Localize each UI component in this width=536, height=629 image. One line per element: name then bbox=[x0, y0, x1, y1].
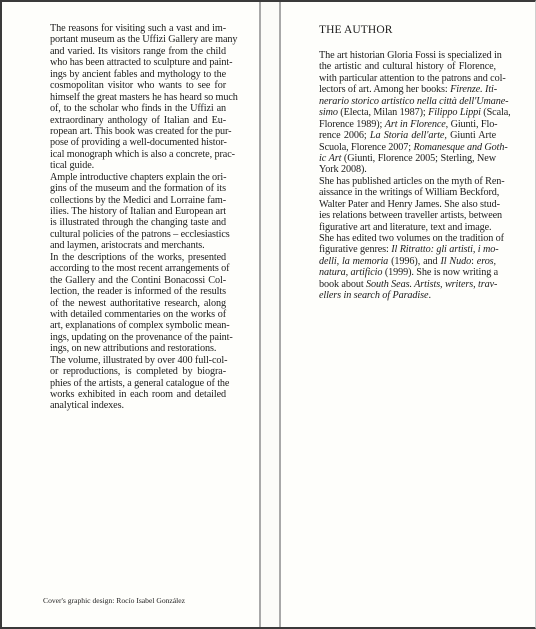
text-line: extraordinary anthology of Italian and E… bbox=[50, 115, 226, 126]
text-line: ings, on new attributions and restoratio… bbox=[50, 343, 226, 354]
text-line: aissance in the writings of William Beck… bbox=[319, 187, 496, 198]
italic-title: South Seas. Artists, writers, trav- bbox=[366, 279, 497, 290]
text-run: . bbox=[428, 290, 430, 301]
text-run: She has edited two volumes on the tradit… bbox=[319, 233, 504, 244]
text-run: (1999). She is now writing a bbox=[382, 267, 498, 278]
text-line: art, explanations of complex symbolic me… bbox=[50, 320, 226, 331]
cover-design-credit: Cover's graphic design: Rocío Isabel Gon… bbox=[43, 596, 185, 605]
text-line: and laymen, aristocrats and merchants. bbox=[50, 240, 226, 251]
text-line: phies of the artists, a general catalogu… bbox=[50, 378, 226, 389]
italic-title: La Storia dell'arte, bbox=[370, 130, 447, 141]
text-line: analytical indexes. bbox=[50, 400, 226, 411]
spine-gap bbox=[261, 2, 279, 627]
text-run: rence 2006; bbox=[319, 130, 370, 141]
text-run: (Giunti, Florence 2005; Sterling, New bbox=[341, 153, 496, 164]
text-run: figurative genres: bbox=[319, 244, 391, 255]
italic-title: Il Nudo bbox=[440, 256, 471, 267]
text-run: (1996), and bbox=[388, 256, 440, 267]
paragraph: She has edited two volumes on the tradit… bbox=[319, 233, 496, 302]
text-line: of, to the scholar who finds in the Uffi… bbox=[50, 103, 226, 114]
paragraph: She has published articles on the myth o… bbox=[319, 176, 496, 233]
text-line: with particular attention to the patrons… bbox=[319, 73, 496, 84]
text-line: York 2008). bbox=[319, 164, 496, 175]
text-line: or reproductions, is completed by biogra… bbox=[50, 366, 226, 377]
text-run: aissance in the writings of William Beck… bbox=[319, 187, 499, 198]
text-line: portant museum as the Uffizi Gallery are… bbox=[50, 34, 226, 45]
text-run: lectors of art. Among her books: bbox=[319, 84, 450, 95]
text-run: the artistic and cultural history of Flo… bbox=[319, 61, 496, 72]
text-line: ellers in search of Paradise. bbox=[319, 290, 496, 301]
text-line: Walter Pater and Henry James. She also s… bbox=[319, 199, 496, 210]
text-line: gins of the museum and the formation of … bbox=[50, 183, 226, 194]
text-line: She has edited two volumes on the tradit… bbox=[319, 233, 496, 244]
text-line: ings by ancient fables and mythology to … bbox=[50, 69, 226, 80]
text-line: ic Art (Giunti, Florence 2005; Sterling,… bbox=[319, 153, 496, 164]
text-run: figurative art and literature, text and … bbox=[319, 222, 491, 233]
text-run: book about bbox=[319, 279, 366, 290]
text-run: with particular attention to the patrons… bbox=[319, 73, 506, 84]
text-run: Florence 1989); bbox=[319, 119, 385, 130]
text-line: according to the most recent arrangement… bbox=[50, 263, 226, 274]
text-line: simo (Electa, Milan 1987); Filippo Lippi… bbox=[319, 107, 496, 118]
paragraph: The volume, illustrated by over 400 full… bbox=[50, 355, 226, 412]
text-line: rence 2006; La Storia dell'arte, Giunti … bbox=[319, 130, 496, 141]
text-line: who has been attracted to sculpture and … bbox=[50, 57, 226, 68]
text-line: of the newest authoritative research, al… bbox=[50, 298, 226, 309]
text-line: In the descriptions of the works, presen… bbox=[50, 252, 226, 263]
author-bio-column: The art historian Gloria Fossi is specia… bbox=[319, 50, 496, 302]
paragraph: The reasons for visiting such a vast and… bbox=[50, 23, 226, 172]
text-line: book about South Seas. Artists, writers,… bbox=[319, 279, 496, 290]
paragraph: In the descriptions of the works, presen… bbox=[50, 252, 226, 355]
text-line: nerario storico artistico nella città de… bbox=[319, 96, 496, 107]
text-line: ical monograph which is also a concrete,… bbox=[50, 149, 226, 160]
text-line: cultural policies of the patrons – eccle… bbox=[50, 229, 226, 240]
paragraph: The art historian Gloria Fossi is specia… bbox=[319, 50, 496, 176]
italic-title: ic Art bbox=[319, 153, 341, 164]
text-line: The volume, illustrated by over 400 full… bbox=[50, 355, 226, 366]
text-line: The art historian Gloria Fossi is specia… bbox=[319, 50, 496, 61]
text-run: She has published articles on the myth o… bbox=[319, 176, 505, 187]
italic-title: simo bbox=[319, 107, 338, 118]
text-line: cosmopolitan visitor who wants to see fo… bbox=[50, 80, 226, 91]
text-run: (Scala, bbox=[481, 107, 511, 118]
italic-title: Filippo Lippi bbox=[428, 107, 481, 118]
text-line: pose of providing a well-documented hist… bbox=[50, 137, 226, 148]
italic-title: Art in Florence bbox=[385, 119, 446, 130]
text-line: collections by the Medici and Lorraine f… bbox=[50, 195, 226, 206]
text-run: (Electa, Milan 1987); bbox=[338, 107, 428, 118]
italic-title: natura, artificio bbox=[319, 267, 382, 278]
text-line: Florence 1989); Art in Florence, Giunti,… bbox=[319, 119, 496, 130]
text-line: the Gallery and the Contini Bonacossi Co… bbox=[50, 275, 226, 286]
text-line: with detailed commentaries on the works … bbox=[50, 309, 226, 320]
text-line: ies relations between traveller artists,… bbox=[319, 210, 496, 221]
spine-line-left bbox=[259, 2, 261, 627]
text-line: is illustrated through the changing tast… bbox=[50, 217, 226, 228]
text-line: delli, la memoria (1996), and Il Nudo: e… bbox=[319, 256, 496, 267]
text-line: figurative genres: Il Ritratto: gli arti… bbox=[319, 244, 496, 255]
italic-title: Il Ritratto: gli artisti, i mo- bbox=[391, 244, 498, 255]
paragraph: Ample introductive chapters explain the … bbox=[50, 172, 226, 252]
text-run: , Giunti, Flo- bbox=[446, 119, 498, 130]
italic-title: eros, bbox=[477, 256, 496, 267]
text-line: himself the great masters he has heard s… bbox=[50, 92, 226, 103]
text-run: Giunti Arte bbox=[447, 130, 496, 141]
text-line: lectors of art. Among her books: Firenze… bbox=[319, 84, 496, 95]
book-description-column: The reasons for visiting such a vast and… bbox=[50, 23, 226, 412]
text-line: Scuola, Florence 2007; Romanesque and Go… bbox=[319, 142, 496, 153]
spine-line-right bbox=[279, 2, 281, 627]
text-run: York 2008). bbox=[319, 164, 367, 175]
text-line: natura, artificio (1999). She is now wri… bbox=[319, 267, 496, 278]
text-line: ropean art. This book was created for th… bbox=[50, 126, 226, 137]
text-line: ings, updating on the provenance of the … bbox=[50, 332, 226, 343]
text-run: Scuola, Florence 2007; bbox=[319, 142, 413, 153]
text-line: ilies. The history of Italian and Europe… bbox=[50, 206, 226, 217]
text-run: The art historian Gloria Fossi is specia… bbox=[319, 50, 502, 61]
text-run: ies relations between traveller artists,… bbox=[319, 210, 502, 221]
text-line: She has published articles on the myth o… bbox=[319, 176, 496, 187]
text-line: figurative art and literature, text and … bbox=[319, 222, 496, 233]
text-line: Ample introductive chapters explain the … bbox=[50, 172, 226, 183]
italic-title: nerario storico artistico nella città de… bbox=[319, 96, 508, 107]
italic-title: delli, la memoria bbox=[319, 256, 388, 267]
italic-title: ellers in search of Paradise bbox=[319, 290, 428, 301]
italic-title: Romanesque and Goth- bbox=[413, 142, 507, 153]
text-line: The reasons for visiting such a vast and… bbox=[50, 23, 226, 34]
text-line: tical guide. bbox=[50, 160, 226, 171]
text-run: Walter Pater and Henry James. She also s… bbox=[319, 199, 500, 210]
text-line: lection, the reader is informed of the r… bbox=[50, 286, 226, 297]
author-heading: THE AUTHOR bbox=[319, 24, 393, 36]
italic-title: Firenze. Iti- bbox=[450, 84, 497, 95]
text-line: the artistic and cultural history of Flo… bbox=[319, 61, 496, 72]
text-line: and varied. Its visitors range from the … bbox=[50, 46, 226, 57]
text-line: works exhibited in each room and detaile… bbox=[50, 389, 226, 400]
